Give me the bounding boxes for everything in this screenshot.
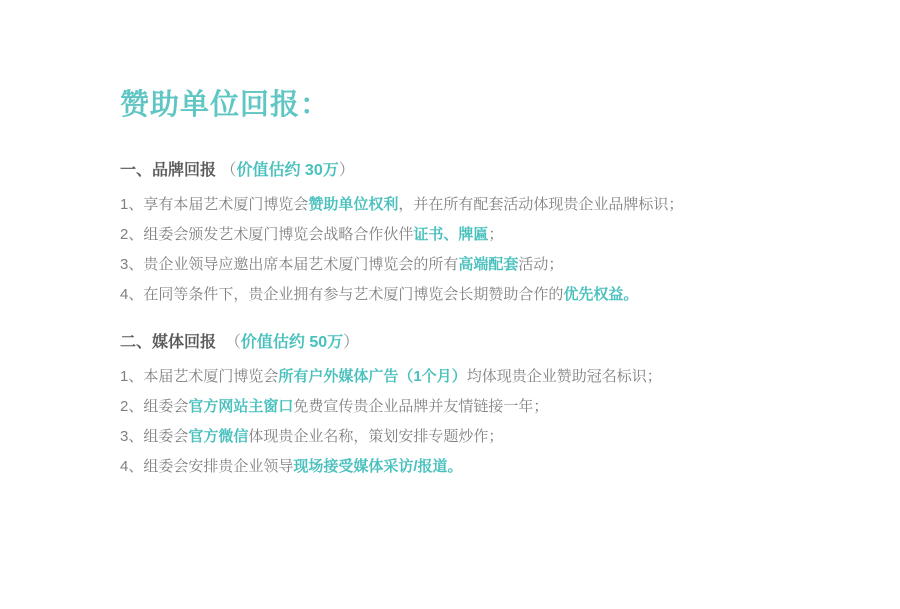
- text-segment: 2、组委会颁发艺术厦门博览会战略合作伙伴: [120, 226, 413, 243]
- list-item: 3、组委会官方微信体现贵企业名称，策划安排专题炒作；: [120, 422, 810, 452]
- list-item: 2、组委会官方网站主窗口免费宣传贵企业品牌并友情链接一年；: [120, 392, 810, 422]
- text-segment: ；: [488, 226, 503, 243]
- text-segment: 1、本届艺术厦门博览会: [120, 368, 278, 385]
- highlight-text: 官方网站主窗口: [188, 398, 293, 415]
- sections: 一、品牌回报 （价值估约 30万）1、享有本届艺术厦门博览会赞助单位权利，并在所…: [120, 156, 810, 482]
- text-segment: 4、组委会安排贵企业领导: [120, 458, 293, 475]
- section-heading: 二、媒体回报 （价值估约 50万）: [120, 328, 810, 358]
- text-segment: 体现贵企业名称，策划安排专题炒作；: [248, 428, 503, 445]
- text-segment: （: [225, 334, 241, 351]
- text-segment: 均体现贵企业赞助冠名标识；: [467, 368, 662, 385]
- text-segment: 2、组委会: [120, 398, 188, 415]
- text-segment: 二、媒体回报: [120, 334, 225, 351]
- section-heading: 一、品牌回报 （价值估约 30万）: [120, 156, 810, 186]
- highlight-text: 所有户外媒体广告（1个月）: [278, 368, 466, 385]
- list-item: 2、组委会颁发艺术厦门博览会战略合作伙伴证书、牌匾；: [120, 220, 810, 250]
- text-segment: 免费宣传贵企业品牌并友情链接一年；: [293, 398, 548, 415]
- list-item: 4、组委会安排贵企业领导现场接受媒体采访/报道。: [120, 452, 810, 482]
- text-segment: 4、在同等条件下，贵企业拥有参与艺术厦门博览会长期赞助合作的: [120, 286, 563, 303]
- text-segment: 1、享有本届艺术厦门博览会: [120, 196, 308, 213]
- highlight-text: 价值估约 50万: [241, 334, 343, 351]
- highlight-text: 赞助单位权利: [308, 196, 398, 213]
- text-segment: ，并在所有配套活动体现贵企业品牌标识；: [398, 196, 683, 213]
- list-item: 4、在同等条件下，贵企业拥有参与艺术厦门博览会长期赞助合作的优先权益。: [120, 280, 810, 310]
- text-segment: 一、品牌回报: [120, 162, 220, 179]
- slide: 赞助单位回报： 一、品牌回报 （价值估约 30万）1、享有本届艺术厦门博览会赞助…: [0, 0, 900, 609]
- highlight-text: 现场接受媒体采访/报道。: [293, 458, 462, 475]
- list-item: 1、享有本届艺术厦门博览会赞助单位权利，并在所有配套活动体现贵企业品牌标识；: [120, 190, 810, 220]
- text-segment: 活动；: [518, 256, 563, 273]
- text-segment: （: [220, 162, 236, 179]
- highlight-text: 价值估约 30万: [236, 162, 338, 179]
- text-segment: ）: [343, 334, 359, 351]
- benefit-section: 一、品牌回报 （价值估约 30万）1、享有本届艺术厦门博览会赞助单位权利，并在所…: [120, 156, 810, 310]
- text-segment: ）: [339, 162, 355, 179]
- text-segment: 3、组委会: [120, 428, 188, 445]
- benefit-section: 二、媒体回报 （价值估约 50万）1、本届艺术厦门博览会所有户外媒体广告（1个月…: [120, 328, 810, 482]
- text-segment: 3、贵企业领导应邀出席本届艺术厦门博览会的所有: [120, 256, 458, 273]
- highlight-text: 证书、牌匾: [413, 226, 488, 243]
- highlight-text: 官方微信: [188, 428, 248, 445]
- list-item: 3、贵企业领导应邀出席本届艺术厦门博览会的所有高端配套活动；: [120, 250, 810, 280]
- highlight-text: 高端配套: [458, 256, 518, 273]
- slide-content: 赞助单位回报： 一、品牌回报 （价值估约 30万）1、享有本届艺术厦门博览会赞助…: [120, 86, 810, 482]
- highlight-text: 优先权益。: [563, 286, 638, 303]
- page-title: 赞助单位回报：: [120, 86, 810, 124]
- list-item: 1、本届艺术厦门博览会所有户外媒体广告（1个月）均体现贵企业赞助冠名标识；: [120, 362, 810, 392]
